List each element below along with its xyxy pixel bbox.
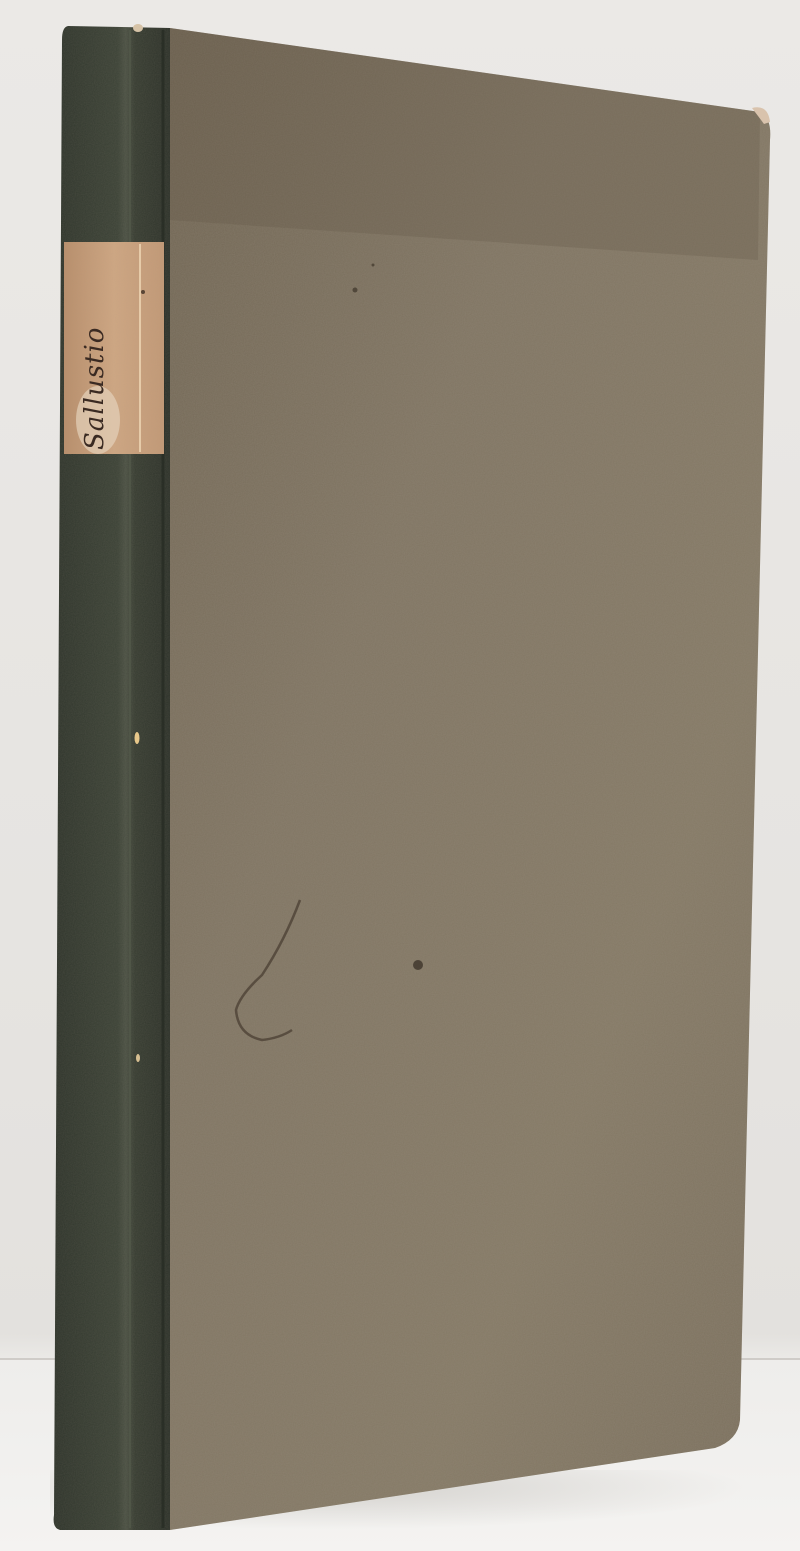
book	[0, 0, 800, 1551]
spine-label-text: Sallustio	[80, 290, 120, 450]
front-cover	[170, 28, 770, 1530]
